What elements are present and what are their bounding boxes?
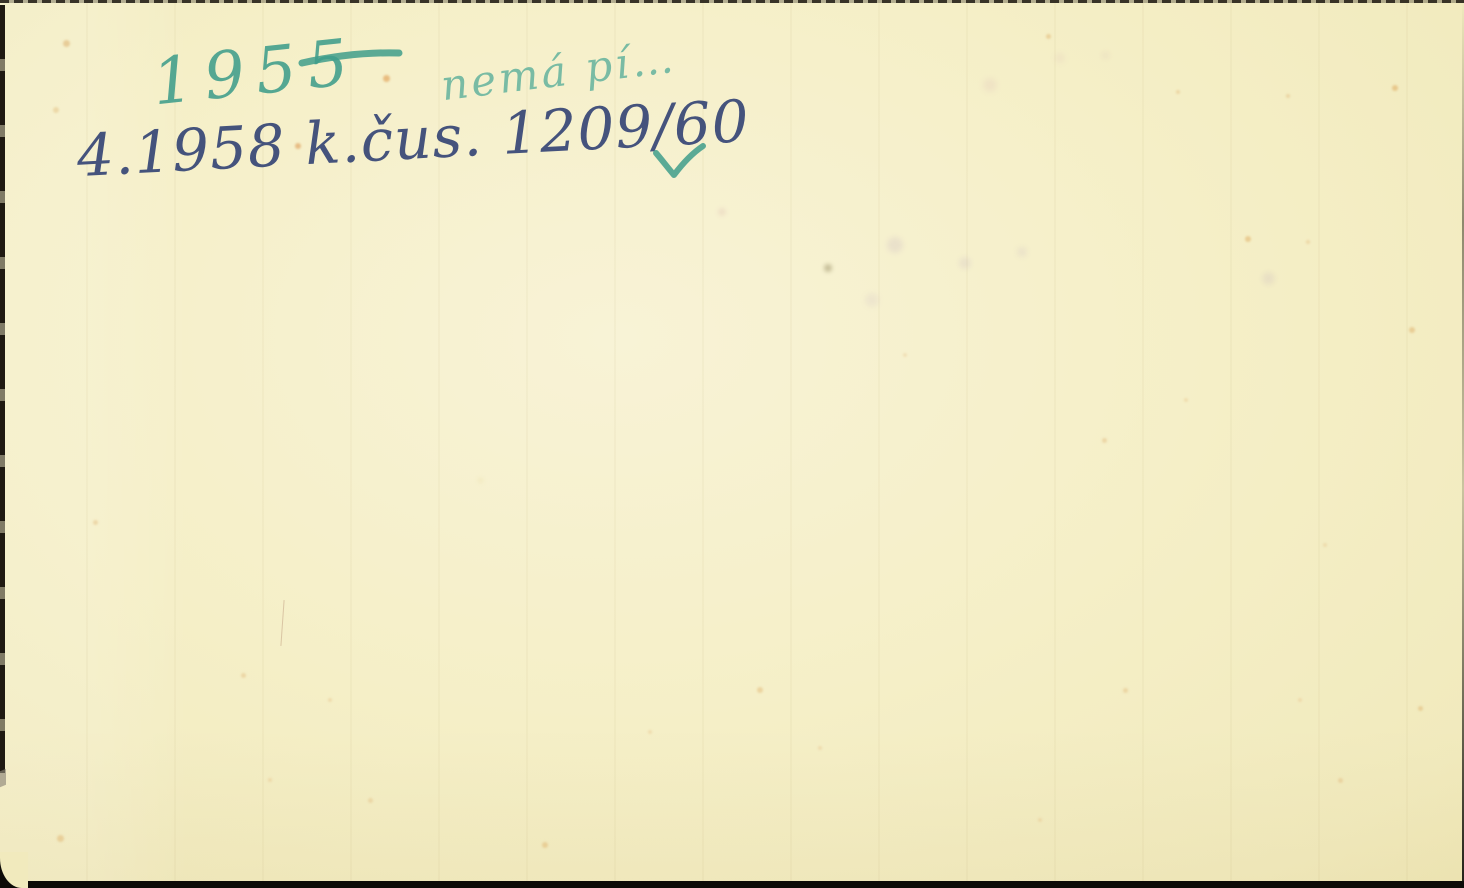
handwriting-layer: 1955 nemá pí… 4.1958 k.čus. 1209/60 xyxy=(0,0,1464,888)
handwritten-year: 1955 xyxy=(149,25,362,120)
card-rounded-corner xyxy=(0,852,28,888)
scanned-index-card: 1955 nemá pí… 4.1958 k.čus. 1209/60 xyxy=(0,0,1464,888)
